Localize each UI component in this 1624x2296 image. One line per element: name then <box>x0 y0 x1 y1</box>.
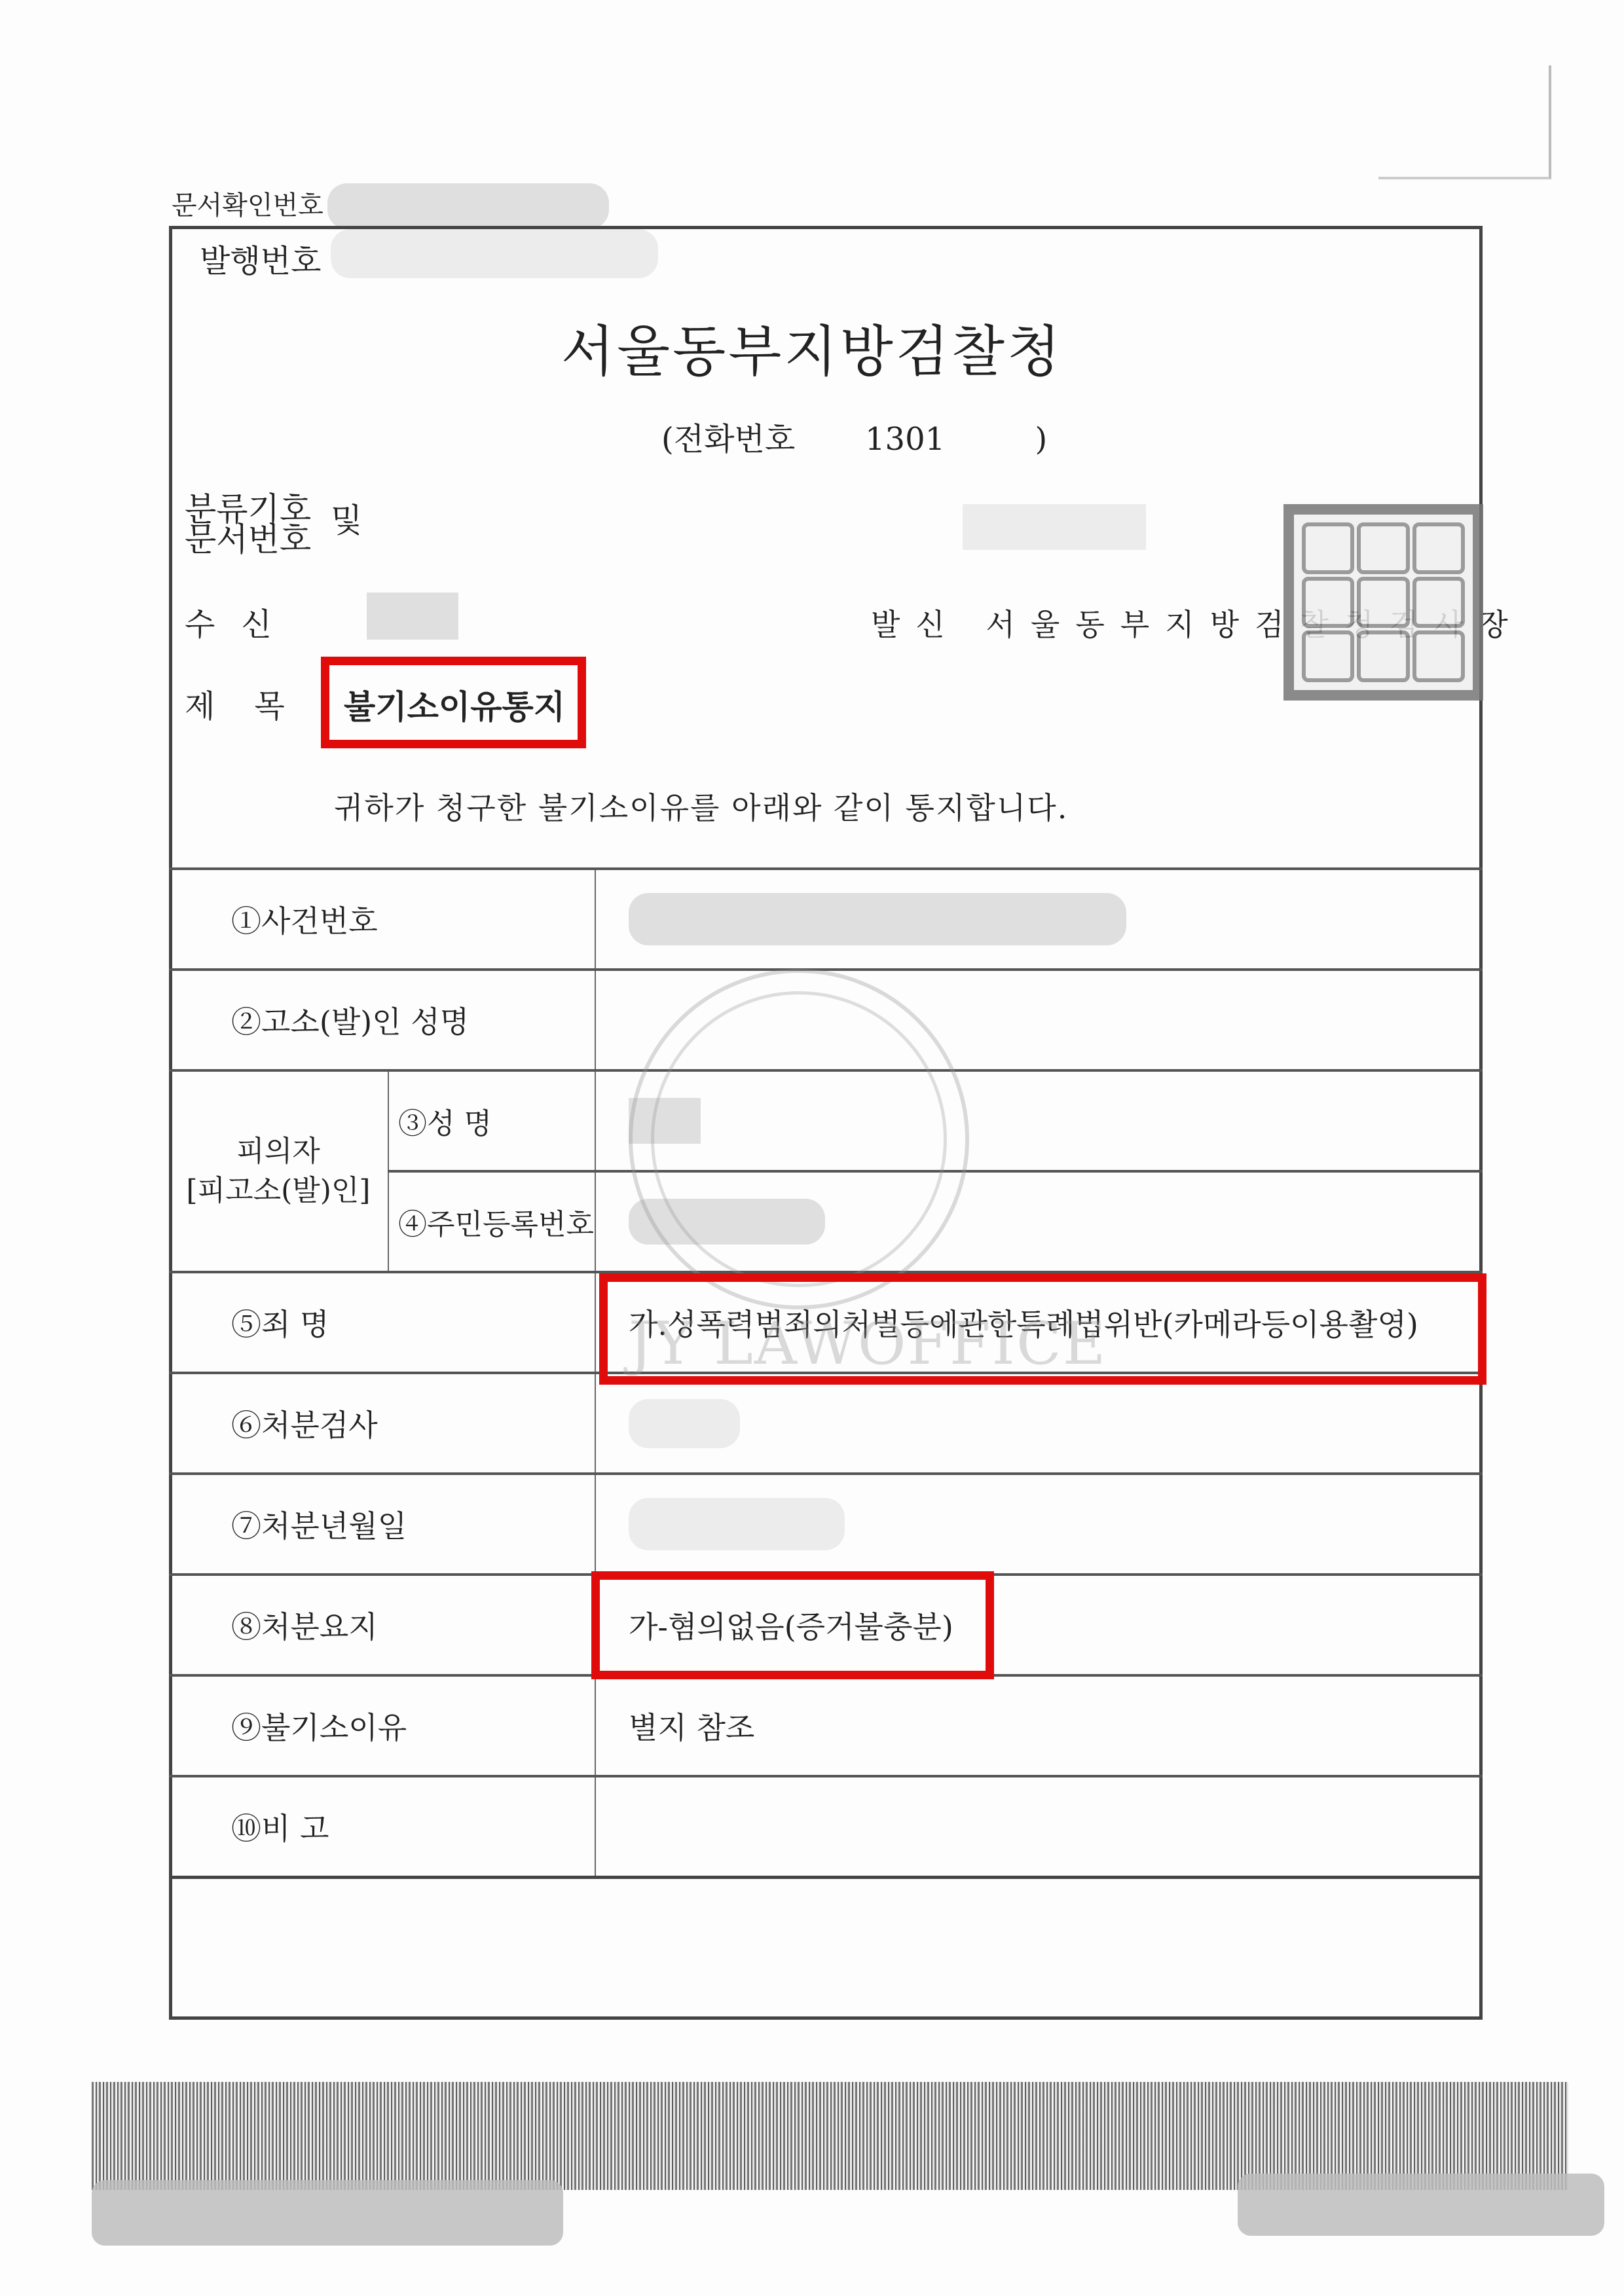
classification-label: 분류기호 문서번호 <box>185 494 311 555</box>
phone-label: (전화번호 <box>661 421 795 458</box>
redacted-confirm-number <box>327 183 609 229</box>
row-value <box>595 1373 1483 1474</box>
table-row: ⑩비 고 <box>169 1776 1483 1878</box>
redacted-footer-right <box>1238 2174 1604 2236</box>
table-row: ⑥처분검사 <box>169 1373 1483 1474</box>
row-label: ⑩비 고 <box>169 1776 595 1878</box>
phone-line: (전화번호 1301 ) <box>661 414 1047 459</box>
redacted-resident-number <box>629 1199 825 1245</box>
official-seal-icon <box>1283 504 1483 701</box>
suspect-group-label: 피의자 [피고소(발)인] <box>169 1070 388 1272</box>
crime-highlight-box <box>599 1273 1486 1385</box>
row-value <box>595 1171 1483 1272</box>
row-value <box>595 1474 1483 1575</box>
redacted-suspect-name <box>629 1098 701 1144</box>
document-confirm-number-label: 문서확인번호 <box>172 185 323 222</box>
remarks-value <box>595 1776 1483 1878</box>
issue-number-label: 발행번호 <box>200 236 321 281</box>
row-label: ⑤죄 명 <box>169 1272 595 1373</box>
redacted-recipient <box>367 592 458 640</box>
row-label: ⑥처분검사 <box>169 1373 595 1474</box>
table-row: ⑨불기소이유 별지 참조 <box>169 1675 1483 1776</box>
redacted-prosecutor <box>629 1399 740 1448</box>
non-indictment-reason-value: 별지 참조 <box>595 1675 1483 1776</box>
classification-label-line2: 문서번호 <box>185 524 311 555</box>
row-label: ①사건번호 <box>169 869 595 970</box>
redacted-case-number <box>629 893 1126 945</box>
phone-number: 1301 <box>865 421 945 458</box>
row-value <box>595 1070 1483 1171</box>
row-label: ②고소(발)인 성명 <box>169 970 595 1070</box>
recipient-label: 수신 <box>185 599 298 644</box>
subject-label: 제목 <box>185 681 324 726</box>
redacted-issue-number <box>331 229 658 278</box>
agency-title: 서울동부지방검찰청 <box>0 308 1624 387</box>
classification-and: 및 <box>331 494 362 541</box>
table-row: ①사건번호 <box>169 869 1483 970</box>
row-label: ⑦처분년월일 <box>169 1474 595 1575</box>
row-label: ③성 명 <box>388 1070 595 1171</box>
redacted-disposition-date <box>629 1498 845 1550</box>
table-row: ⑦처분년월일 <box>169 1474 1483 1575</box>
phone-close: ) <box>1035 421 1048 458</box>
row-label: ⑧처분요지 <box>169 1575 595 1675</box>
subject-value: 불기소이유통지 <box>344 681 565 728</box>
summary-highlight-box <box>591 1571 994 1679</box>
row-value <box>595 970 1483 1070</box>
table-row: ②고소(발)인 성명 <box>169 970 1483 1070</box>
notice-text: 귀하가 청구한 불기소이유를 아래와 같이 통지합니다. <box>334 784 1068 828</box>
redacted-document-number <box>963 504 1146 550</box>
corner-mark <box>1378 65 1551 179</box>
table-row: 피의자 [피고소(발)인] ③성 명 <box>169 1070 1483 1171</box>
row-value <box>595 869 1483 970</box>
redacted-footer-left <box>92 2180 563 2246</box>
row-label: ⑨불기소이유 <box>169 1675 595 1776</box>
row-label: ④주민등록번호 <box>388 1171 595 1272</box>
